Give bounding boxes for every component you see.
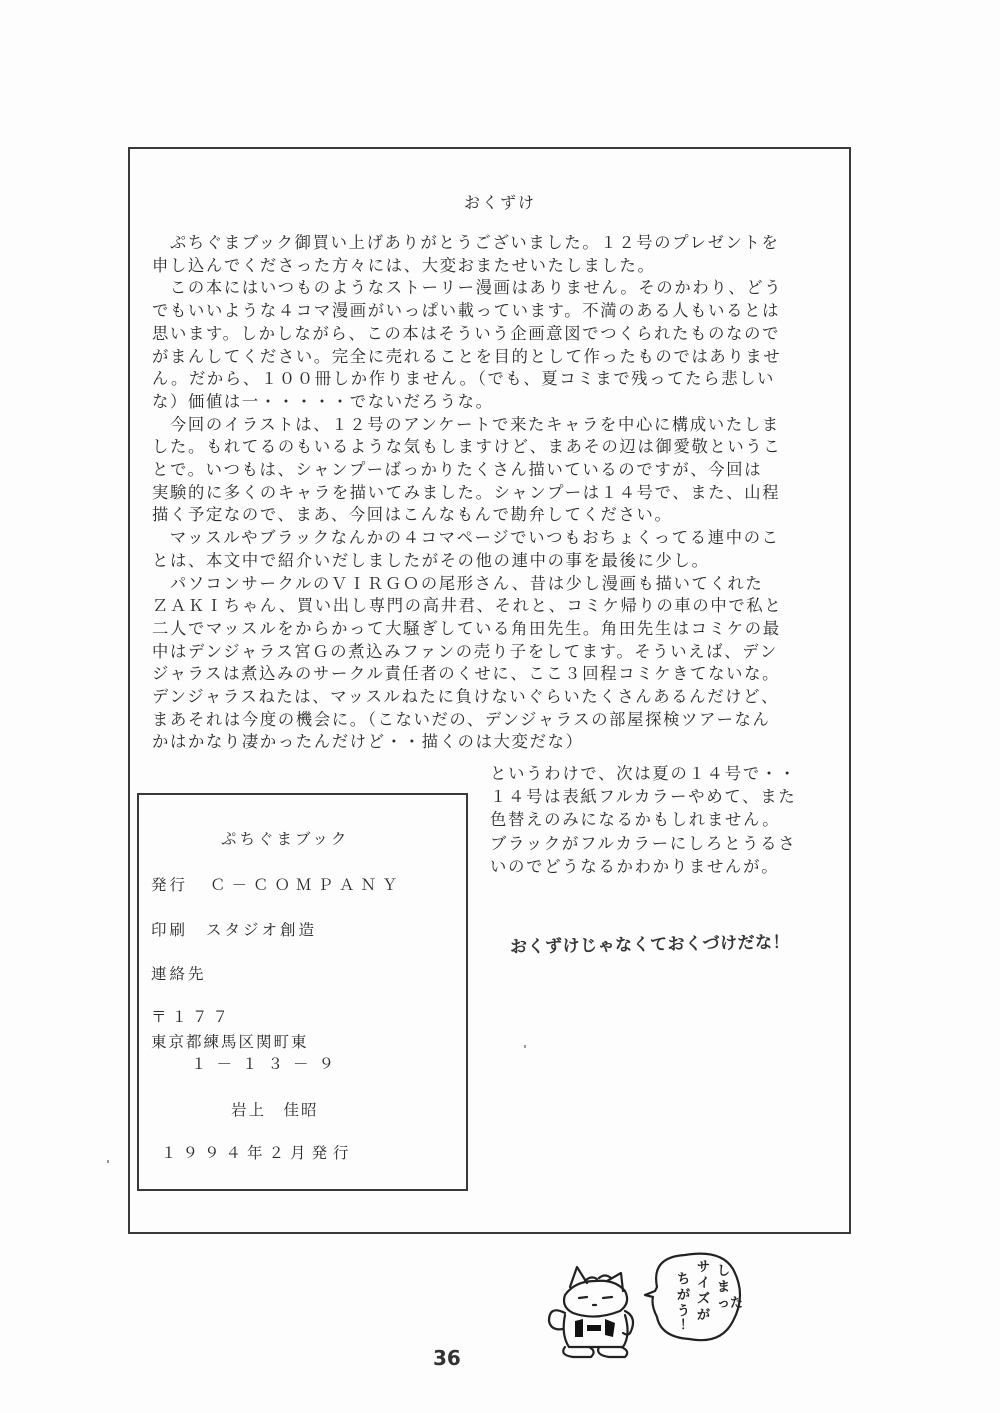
body-line: した。もれてるのもいるような気もしますけど、まあその辺は御愛敬というこ	[152, 436, 842, 459]
body-line: 二人でマッスルをからかって大騒ぎしている角田先生。角田先生はコミケの最	[152, 618, 842, 641]
author-name: 岩上 佳昭	[231, 1098, 319, 1120]
svg-text:が: が	[697, 1308, 710, 1323]
body-line: ＺＡＫＩちゃん、買い出し専門の高井君、それと、コミケ帰りの車の中で私と	[152, 595, 842, 618]
body-line: 中はデンジャラス宮Ｇの煮込みファンの売り子をしてます。そういえば、デン	[152, 641, 842, 664]
printer-label: 印刷	[151, 921, 188, 939]
aside-line: １４号は表紙フルカラーやめて、また	[490, 785, 830, 808]
body-line: がまんしてください。完全に売れることを目的として作ったものではありませ	[152, 346, 842, 369]
paragraph-2: この本にはいつものようなストーリー漫画はありません。そのかわり、どう でもいいよ…	[152, 277, 842, 413]
svg-text:ズ: ズ	[697, 1292, 710, 1307]
print-speck	[524, 1045, 526, 1048]
postal-code: 〒１７７	[151, 1005, 233, 1027]
body-line: ジャラスは煮込みのサークル責任者のくせに、ここ３回程コミケきてないな。	[152, 663, 842, 686]
mascot-illustration: し ま った サ イ ズ が ち が う ！	[525, 1245, 765, 1375]
aside-line: 色替えのみになるかもしれません。	[490, 808, 830, 831]
svg-text:う: う	[677, 1304, 690, 1319]
handwritten-note: おくずけじゃなくておくづけだな！	[510, 928, 790, 958]
body-line: 描く予定なので、まあ、今回はこんなもんで勘弁してください。	[152, 504, 842, 527]
body-line: かはかなり凄かったんだけど・・描くのは大変だな）	[152, 731, 842, 754]
body-line: まあそれは今度の機会に。（こないだの、デンジャラスの部屋探検ツアーなん	[152, 709, 842, 732]
page-title: おくずけ	[0, 190, 1000, 213]
body-line: とで。いつもは、シャンプーばっかりたくさん描いているのですが、今回は	[152, 459, 842, 482]
svg-text:サ: サ	[697, 1260, 710, 1275]
svg-text:！: ！	[680, 1318, 693, 1333]
paragraph-3: 今回のイラストは、１２号のアンケートで来たキャラを中心に構成いたしま した。もれ…	[152, 414, 842, 528]
body-line: ぷちぐまブック御買い上げありがとうございました。１２号のプレゼントを	[152, 232, 842, 255]
print-speck	[107, 1160, 109, 1163]
colophon-publisher: 発行 Ｃ－ＣＯＭＰＡＮＹ	[151, 873, 403, 895]
bubble-line-1: し	[717, 1264, 730, 1279]
body-line: 実験的に多くのキャラを描いてみました。シャンプーは１４号で、また、山程	[152, 482, 842, 505]
afterword-body: ぷちぐまブック御買い上げありがとうございました。１２号のプレゼントを 申し込んで…	[152, 232, 842, 754]
colophon-box: ぷちぐまブック 発行 Ｃ－ＣＯＭＰＡＮＹ 印刷 スタジオ創造 連絡先 〒１７７ …	[137, 793, 468, 1191]
address-line-2: １－１３－９	[191, 1052, 344, 1074]
colophon-book-title: ぷちぐまブック	[221, 827, 349, 849]
body-line: この本にはいつものようなストーリー漫画はありません。そのかわり、どう	[152, 277, 842, 300]
aside-note: というわけで、次は夏の１４号で・・ １４号は表紙フルカラーやめて、また 色替えの…	[490, 762, 830, 878]
publisher-label: 発行	[151, 876, 188, 894]
body-line: でもいいような４コマ漫画がいっぱい載っています。不満のある人もいるとは	[152, 300, 842, 323]
svg-text:ま: ま	[717, 1280, 730, 1295]
body-line: 今回のイラストは、１２号のアンケートで来たキャラを中心に構成いたしま	[152, 414, 842, 437]
aside-line: いのでどうなるかわかりませんが。	[490, 855, 830, 878]
publication-date: １９９４年２月発行	[161, 1141, 355, 1163]
page-number: 36	[433, 1346, 461, 1370]
printer-value: スタジオ創造	[206, 921, 317, 939]
publisher-value: Ｃ－ＣＯＭＰＡＮＹ	[210, 876, 404, 894]
paragraph-4: マッスルやブラックなんかの４コマページでいつもおちょくってる連中のこ とは、本文…	[152, 527, 842, 572]
body-line: マッスルやブラックなんかの４コマページでいつもおちょくってる連中のこ	[152, 527, 842, 550]
svg-text:イ: イ	[697, 1276, 710, 1291]
address-line-1: 東京都練馬区関町東	[151, 1030, 309, 1052]
svg-text:ち: ち	[677, 1272, 690, 1287]
aside-line: というわけで、次は夏の１４号で・・	[490, 762, 830, 785]
body-line: 申し込んでくださった方々には、大変おまたせいたしました。	[152, 255, 842, 278]
body-line: な）価値は一・・・・・でないだろうな。	[152, 391, 842, 414]
colophon-printer: 印刷 スタジオ創造	[151, 918, 317, 940]
body-line: デンジャラスねたは、マッスルねたに負けないぐらいたくさんあるんだけど、	[152, 686, 842, 709]
svg-text:った: った	[717, 1296, 743, 1311]
paragraph-1: ぷちぐまブック御買い上げありがとうございました。１２号のプレゼントを 申し込んで…	[152, 232, 842, 277]
svg-text:が: が	[677, 1288, 690, 1303]
body-line: ん。だから、１００冊しか作りません。（でも、夏コミまで残ってたら悲しい	[152, 368, 842, 391]
contact-label: 連絡先	[151, 962, 207, 984]
body-line: パソコンサークルのＶＩＲＧＯの尾形さん、昔は少し漫画も描いてくれた	[152, 573, 842, 596]
body-line: とは、本文中で紹介いだしましたがその他の連中の事を最後に少し。	[152, 550, 842, 573]
bear-mascot-icon: し ま った サ イ ズ が ち が う ！	[525, 1245, 765, 1375]
aside-line: ブラックがフルカラーにしろとうるさ	[490, 832, 830, 855]
paragraph-5: パソコンサークルのＶＩＲＧＯの尾形さん、昔は少し漫画も描いてくれた ＺＡＫＩちゃ…	[152, 573, 842, 755]
body-line: 思います。しかしながら、この本はそういう企画意図でつくられたものなので	[152, 323, 842, 346]
